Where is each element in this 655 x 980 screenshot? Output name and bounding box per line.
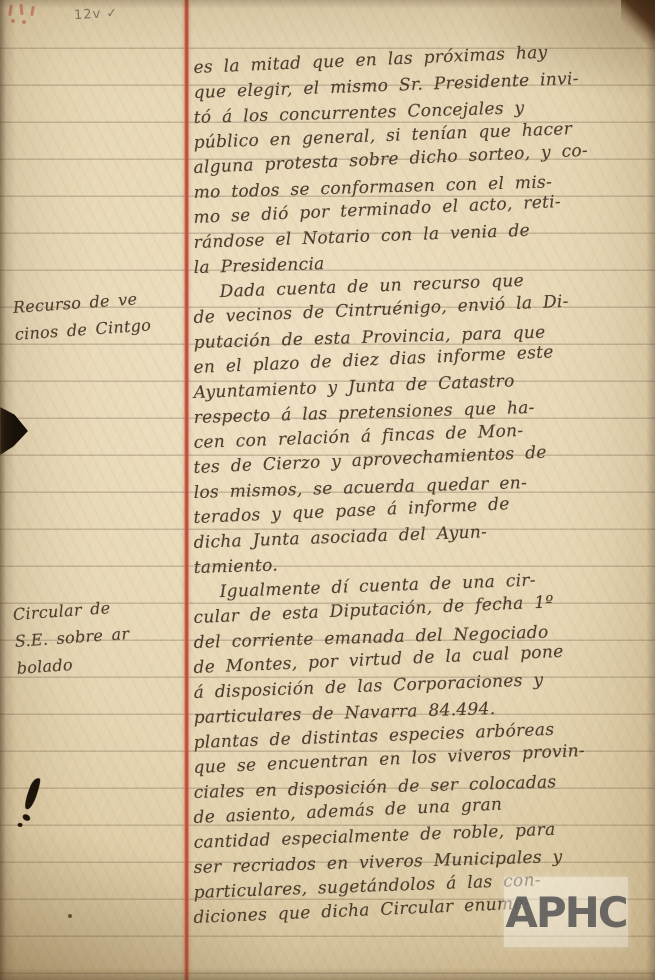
margin-note-recurso: Recurso de vecinos de Cintgo bbox=[12, 282, 187, 348]
manuscript-page: 12v ✓ Recurso de vecinos de Cintgo Circu… bbox=[0, 0, 655, 980]
ink-mark-exclamation bbox=[24, 777, 38, 829]
watermark-text: APHC bbox=[505, 888, 626, 937]
margin-note-circular: Circular deS.E. sobre arbolado bbox=[12, 589, 189, 682]
manuscript-body-text: es la mitad que en las próximas hayque e… bbox=[194, 58, 650, 933]
red-ink-mark bbox=[11, 19, 15, 23]
ink-speck bbox=[68, 914, 72, 918]
red-ink-mark bbox=[19, 4, 23, 15]
ink-blot-page-edge bbox=[0, 407, 28, 455]
red-ink-mark bbox=[22, 20, 26, 24]
margin-rule-line bbox=[184, 0, 189, 980]
red-ink-mark bbox=[8, 5, 13, 16]
page-corner-shadow bbox=[621, 0, 655, 52]
archive-watermark: APHC bbox=[504, 877, 628, 947]
pencil-annotation: 12v ✓ bbox=[74, 6, 119, 23]
red-ink-mark bbox=[30, 6, 35, 16]
